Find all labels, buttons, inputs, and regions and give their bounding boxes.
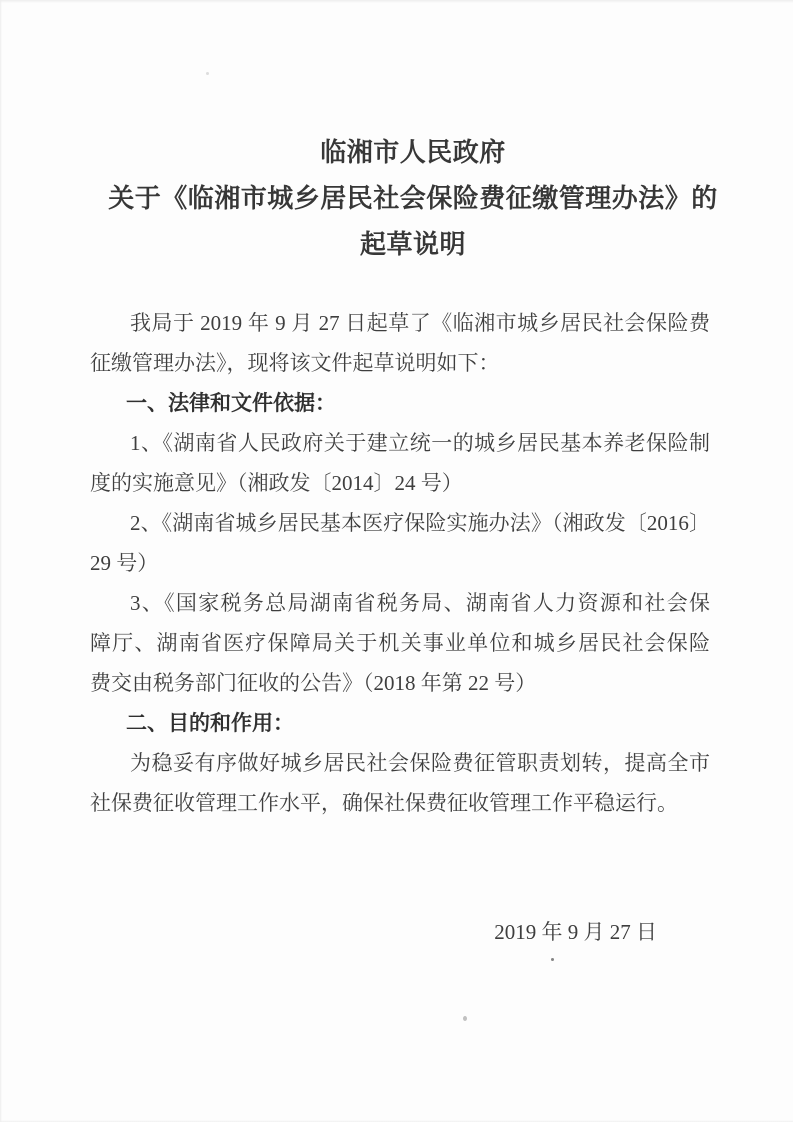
list-item-line: 费交由税务部门征收的公告》（2018 年第 22 号） <box>90 663 710 703</box>
list-item-line: 3、《国家税务总局湖南省税务局、湖南省人力资源和社会保 <box>90 583 710 623</box>
paragraph-line: 社保费征收管理工作水平，确保社保费征收管理工作平稳运行。 <box>90 783 710 823</box>
section-heading: 一、法律和文件依据： <box>90 383 710 423</box>
section-heading: 二、目的和作用： <box>90 703 710 743</box>
list-item-line: 2、《湖南省城乡居民基本医疗保险实施办法》（湘政发〔2016〕 <box>90 503 710 543</box>
paragraph-line: 为稳妥有序做好城乡居民社会保险费征管职责划转，提高全市 <box>90 743 710 783</box>
document-title: 临湘市人民政府 关于《临湘市城乡居民社会保险费征缴管理办法》的 起草说明 <box>100 130 726 268</box>
scan-edge-artifact <box>0 0 793 3</box>
list-item-line: 障厅、湖南省医疗保障局关于机关事业单位和城乡居民社会保险 <box>90 623 710 663</box>
document-date: 2019 年 9 月 27 日 <box>90 912 710 952</box>
scan-speck <box>551 958 554 961</box>
list-item-line: 度的实施意见》（湘政发〔2014〕24 号） <box>90 463 710 503</box>
scan-speck <box>206 72 209 75</box>
paragraph-line: 我局于 2019 年 9 月 27 日起草了《临湘市城乡居民社会保险费 <box>90 303 710 343</box>
title-line-authority: 临湘市人民政府 <box>100 130 726 176</box>
document-page: 临湘市人民政府 关于《临湘市城乡居民社会保险费征缴管理办法》的 起草说明 我局于… <box>0 0 793 1122</box>
list-item-line: 29 号） <box>90 543 710 583</box>
scan-speck <box>463 1016 467 1021</box>
title-line-subject: 关于《临湘市城乡居民社会保险费征缴管理办法》的 <box>100 176 726 222</box>
document-body: 我局于 2019 年 9 月 27 日起草了《临湘市城乡居民社会保险费征缴管理办… <box>90 303 710 823</box>
scan-edge-artifact <box>0 0 2 1122</box>
list-item-line: 1、《湖南省人民政府关于建立统一的城乡居民基本养老保险制 <box>90 423 710 463</box>
title-line-doc-type: 起草说明 <box>100 222 726 268</box>
paragraph-line: 征缴管理办法》，现将该文件起草说明如下： <box>90 343 710 383</box>
